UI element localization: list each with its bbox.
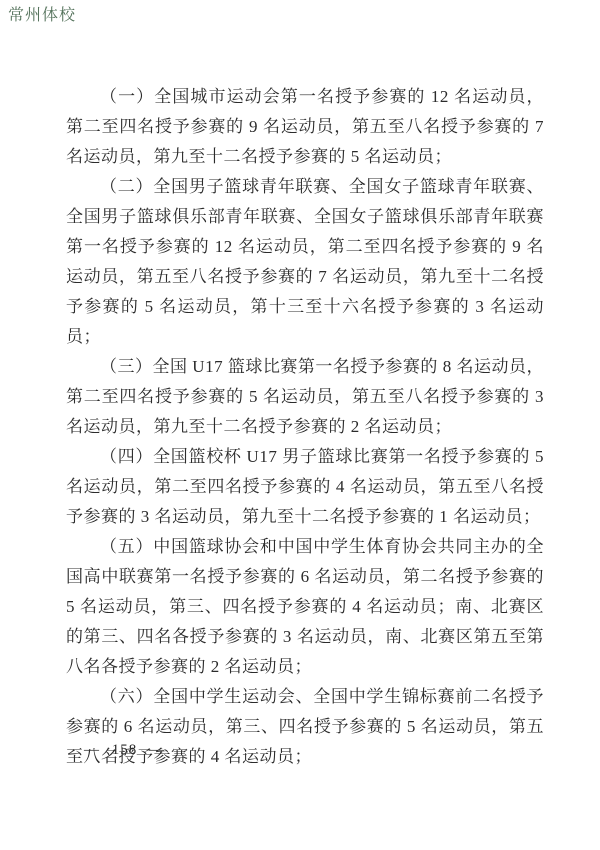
paragraph-3: （三）全国 U17 篮球比赛第一名授予参赛的 8 名运动员，第二至四名授予参赛的…: [66, 352, 544, 442]
document-page: 常州体校 （一）全国城市运动会第一名授予参赛的 12 名运动员，第二至四名授予参…: [0, 0, 600, 850]
site-watermark: 常州体校: [8, 7, 76, 25]
paragraph-1: （一）全国城市运动会第一名授予参赛的 12 名运动员，第二至四名授予参赛的 9 …: [66, 82, 544, 172]
paragraph-4: （四）全国篮校杯 U17 男子篮球比赛第一名授予参赛的 5 名运动员，第二至四名…: [66, 442, 544, 532]
paragraph-5: （五）中国篮球协会和中国中学生体育协会共同主办的全国高中联赛第一名授予参赛的 6…: [66, 532, 544, 682]
page-number: — 158 —: [84, 742, 165, 759]
document-body: （一）全国城市运动会第一名授予参赛的 12 名运动员，第二至四名授予参赛的 9 …: [66, 82, 544, 772]
paragraph-2: （二）全国男子篮球青年联赛、全国女子篮球青年联赛、全国男子篮球俱乐部青年联赛、全…: [66, 172, 544, 352]
